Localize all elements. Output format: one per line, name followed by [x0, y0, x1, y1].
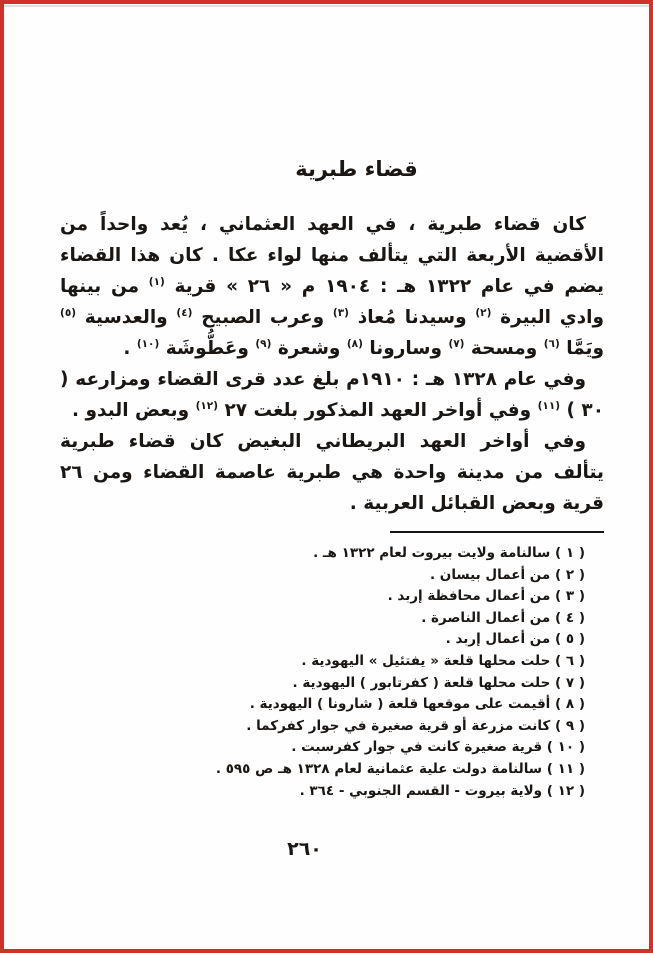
- footnote-ref: (٩): [255, 338, 271, 350]
- footnote-item: ( ١ ) سالنامة ولايت بيروت لعام ١٣٢٢ هـ .: [24, 543, 585, 565]
- footnote-item: ( ٥ ) من أعمال إربد .: [24, 629, 585, 651]
- text-run: وبعض البدو .: [72, 400, 196, 421]
- footnote-ref: (١٢): [196, 400, 218, 412]
- text-run: والعدسية: [76, 307, 176, 328]
- footnote-separator: [390, 531, 604, 533]
- footnote-item: ( ٧ ) حلت محلها قلعة ( كفرتابور ) اليهود…: [24, 673, 585, 695]
- footnote-ref: (٨): [347, 338, 363, 350]
- footnote-ref: (٤): [176, 307, 192, 319]
- footnote-item: ( ٦ ) حلت محلها قلعة « يفتئيل » اليهودية…: [24, 651, 585, 673]
- paragraph-3: وفي أواخر العهد البريطاني البغيض كان قضا…: [60, 426, 604, 519]
- text-run: وفي أواخر العهد البريطاني البغيض كان قضا…: [60, 431, 604, 514]
- footnote-item: ( ٣ ) من أعمال محافظة إربد .: [24, 586, 585, 608]
- text-run: .: [123, 338, 136, 359]
- footnote-item: ( ١٠ ) قرية صغيرة كانت في جوار كفرسبت .: [24, 737, 585, 759]
- text-run: وشعرة: [271, 338, 346, 359]
- footnote-ref: (١١): [538, 400, 560, 412]
- paragraph-1: كان قضاء طبرية ، في العهد العثماني ، يُع…: [60, 209, 604, 364]
- book-page: قضاء طبرية كان قضاء طبرية ، في العهد الع…: [0, 0, 653, 953]
- text-run: ومسحة: [464, 338, 543, 359]
- footnote-ref: (٣): [333, 307, 349, 319]
- footnote-item: ( ٢ ) من أعمال بيسان .: [24, 565, 585, 587]
- footnote-ref: (٢): [475, 307, 491, 319]
- text-run: وعرب الصبيح: [192, 307, 332, 328]
- text-run: وفي أواخر العهد المذكور بلغت ٢٧: [218, 400, 538, 421]
- text-run: وسيدنا مُعاذ: [349, 307, 475, 328]
- footnote-ref: (٧): [448, 338, 464, 350]
- scan-hairline: [4, 5, 649, 7]
- text-run: وسارونا: [363, 338, 449, 359]
- footnote-item: ( ٨ ) أقيمت على موقعها قلعة ( شارونا ) ا…: [24, 694, 585, 716]
- paragraph-2: وفي عام ١٣٢٨ هـ : ١٩١٠م بلغ عدد قرى القض…: [60, 364, 604, 426]
- footnote-ref: (١): [149, 276, 165, 288]
- footnote-item: ( ١٢ ) ولاية بيروت - القسم الجنوبي - ٣٦٤…: [24, 781, 585, 803]
- text-run: وعَطُّوشَة: [159, 338, 255, 359]
- footnote-item: ( ١١ ) سالنامة دولت علية عثمانية لعام ١٣…: [24, 759, 585, 781]
- page-title: قضاء طبرية: [4, 157, 649, 181]
- footnote-ref: (٦): [544, 338, 560, 350]
- footnotes-list: ( ١ ) سالنامة ولايت بيروت لعام ١٣٢٢ هـ .…: [4, 543, 649, 802]
- footnote-ref: (١٠): [137, 338, 159, 350]
- body-text: كان قضاء طبرية ، في العهد العثماني ، يُع…: [4, 209, 649, 519]
- footnote-item: ( ٩ ) كانت مزرعة أو قرية صغيرة في جوار ك…: [24, 716, 585, 738]
- page-number: ٢٦٠: [4, 838, 649, 860]
- text-run: ويَمَّا: [560, 338, 604, 359]
- footnote-ref: (٥): [60, 307, 76, 319]
- footnote-item: ( ٤ ) من أعمال الناصرة .: [24, 608, 585, 630]
